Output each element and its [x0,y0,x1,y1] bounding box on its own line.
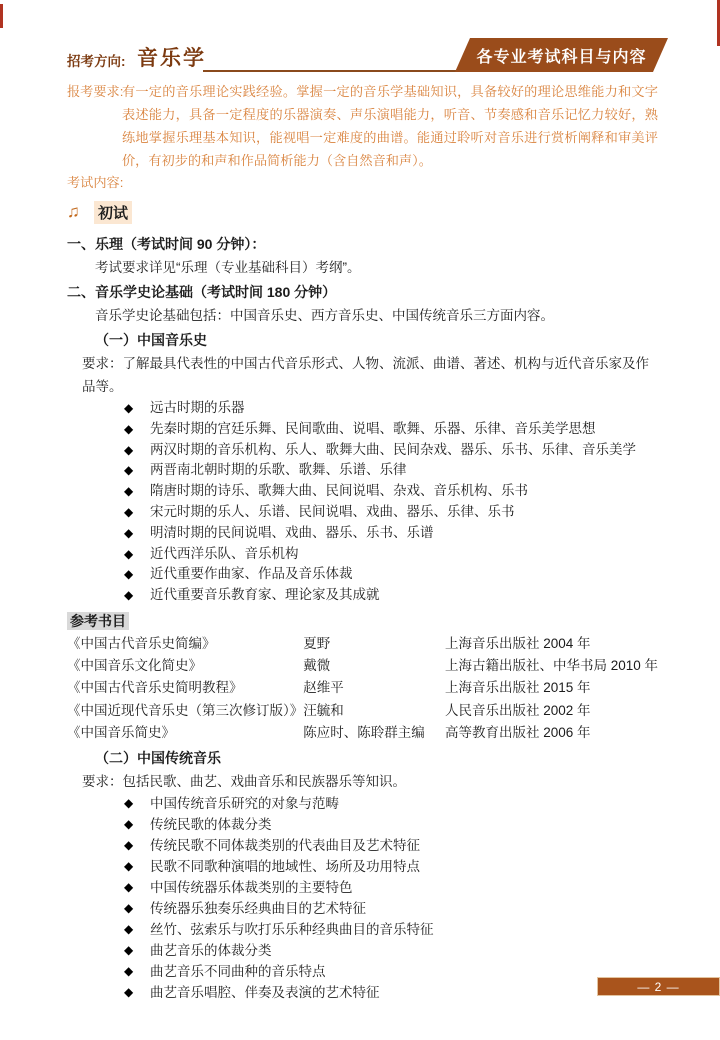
list-item-text: 民歌不同歌种演唱的地域性、场所及功用特点 [150,859,420,874]
list-item: ◆近代重要音乐教育家、理论家及其成就 [67,585,658,606]
subsection1-requirement: 要求：了解最具代表性的中国古代音乐形式、人物、流派、曲谱、著述、机构与近代音乐家… [82,352,658,398]
list-item: ◆中国传统器乐体裁类别的主要特色 [67,877,658,898]
table-row: 《中国音乐简史》 陈应时、陈聆群主编 高等教育出版社 2006 年 [67,722,658,744]
diamond-bullet-icon: ◆ [124,398,133,419]
diamond-bullet-icon: ◆ [124,919,133,940]
list-item-text: 中国传统音乐研究的对象与范畴 [150,796,339,811]
diamond-bullet-icon: ◆ [124,835,133,856]
header-rule [203,70,459,72]
traditional-music-list: ◆中国传统音乐研究的对象与范畴 ◆传统民歌的体裁分类 ◆传统民歌不同体裁类别的代… [67,793,658,1003]
list-item-text: 近代重要作曲家、作品及音乐体裁 [150,566,353,581]
book-title: 《中国古代音乐史简编》 [67,633,303,655]
list-item-text: 传统器乐独奏乐经典曲目的艺术特征 [150,901,366,916]
diamond-bullet-icon: ◆ [124,585,133,606]
requirements-label: 报考要求: [67,80,123,103]
document-body: 报考要求: 有一定的音乐理论实践经验。掌握一定的音乐学基础知识，具备较好的理论思… [67,76,658,1003]
list-item: ◆传统器乐独奏乐经典曲目的艺术特征 [67,898,658,919]
list-item: ◆中国传统音乐研究的对象与范畴 [67,793,658,814]
references-title-text: 参考书目 [67,612,129,630]
book-publisher: 人民音乐出版社 2002 年 [445,700,658,722]
section1-heading: 一、乐理（考试时间 90 分钟）： [67,232,658,256]
references-title: 参考书目 [67,610,658,633]
list-item-text: 丝竹、弦索乐与吹打乐乐种经典曲目的音乐特征 [150,922,434,937]
book-publisher: 上海音乐出版社 2015 年 [445,677,658,699]
book-publisher: 上海音乐出版社 2004 年 [445,633,658,655]
list-item: ◆先秦时期的宫廷乐舞、民间歌曲、说唱、歌舞、乐器、乐律、音乐美学思想 [67,419,658,440]
list-item-text: 两汉时期的音乐机构、乐人、歌舞大曲、民间杂戏、器乐、乐书、乐律、音乐美学 [150,442,636,457]
section1-body: 考试要求详见“乐理（专业基础科目）考纲”。 [95,256,658,280]
exam-content-label: 考试内容: [67,172,658,194]
diamond-bullet-icon: ◆ [124,419,133,440]
diamond-bullet-icon: ◆ [124,814,133,835]
diamond-bullet-icon: ◆ [124,460,133,481]
page-number-badge: — 2 — [597,977,720,996]
stage-heading: ♫ 初试 [67,200,658,224]
list-item-text: 两晋南北朝时期的乐歌、歌舞、乐谱、乐律 [150,462,407,477]
diamond-bullet-icon: ◆ [124,982,133,1003]
list-item: ◆远古时期的乐器 [67,398,658,419]
list-item: ◆近代重要作曲家、作品及音乐体裁 [67,564,658,585]
list-item-text: 宋元时期的乐人、乐谱、民间说唱、戏曲、器乐、乐律、乐书 [150,504,515,519]
direction-label: 招考方向: [67,50,126,70]
table-row: 《中国近现代音乐史（第三次修订版）》 汪毓和 人民音乐出版社 2002 年 [67,700,658,722]
book-author: 汪毓和 [303,700,445,722]
book-author: 戴微 [303,655,445,677]
list-item-text: 远古时期的乐器 [150,400,245,415]
reference-books-table: 《中国古代音乐史简编》 夏野 上海音乐出版社 2004 年 《中国音乐文化简史》… [67,633,658,744]
list-item: ◆宋元时期的乐人、乐谱、民间说唱、戏曲、器乐、乐律、乐书 [67,502,658,523]
list-item: ◆明清时期的民间说唱、戏曲、器乐、乐书、乐谱 [67,523,658,544]
list-item-text: 曲艺音乐唱腔、伴奏及表演的艺术特征 [150,985,380,1000]
diamond-bullet-icon: ◆ [124,877,133,898]
book-author: 陈应时、陈聆群主编 [303,722,445,744]
list-item-text: 近代重要音乐教育家、理论家及其成就 [150,587,380,602]
banner-title: 各专业考试科目与内容 [476,44,646,67]
list-item: ◆隋唐时期的诗乐、歌舞大曲、民间说唱、杂戏、音乐机构、乐书 [67,481,658,502]
list-item: ◆曲艺音乐唱腔、伴奏及表演的艺术特征 [67,982,658,1003]
list-item-text: 先秦时期的宫廷乐舞、民间歌曲、说唱、歌舞、乐器、乐律、音乐美学思想 [150,421,596,436]
diamond-bullet-icon: ◆ [124,898,133,919]
list-item-text: 明清时期的民间说唱、戏曲、器乐、乐书、乐谱 [150,525,434,540]
section2-heading: 二、音乐学史论基础（考试时间 180 分钟） [67,280,658,304]
list-item-text: 曲艺音乐不同曲种的音乐特点 [150,964,326,979]
diamond-bullet-icon: ◆ [124,793,133,814]
subsection2-heading: （二）中国传统音乐 [95,746,658,770]
list-item: ◆丝竹、弦索乐与吹打乐乐种经典曲目的音乐特征 [67,919,658,940]
book-publisher: 高等教育出版社 2006 年 [445,722,658,744]
list-item-text: 近代西洋乐队、音乐机构 [150,546,299,561]
book-author: 赵维平 [303,677,445,699]
book-publisher: 上海古籍出版社、中华书局 2010 年 [445,655,658,677]
diamond-bullet-icon: ◆ [124,564,133,585]
section-banner: 各专业考试科目与内容 [455,38,668,72]
diamond-bullet-icon: ◆ [124,523,133,544]
list-item: ◆民歌不同歌种演唱的地域性、场所及功用特点 [67,856,658,877]
table-row: 《中国音乐文化简史》 戴微 上海古籍出版社、中华书局 2010 年 [67,655,658,677]
list-item-text: 传统民歌不同体裁类别的代表曲目及艺术特征 [150,838,420,853]
list-item: ◆传统民歌不同体裁类别的代表曲目及艺术特征 [67,835,658,856]
list-item: ◆曲艺音乐不同曲种的音乐特点 [67,961,658,982]
list-item-text: 中国传统器乐体裁类别的主要特色 [150,880,353,895]
subsection1-heading: （一）中国音乐史 [95,328,658,352]
list-item: ◆两晋南北朝时期的乐歌、歌舞、乐谱、乐律 [67,460,658,481]
book-title: 《中国音乐简史》 [67,722,303,744]
diamond-bullet-icon: ◆ [124,940,133,961]
subsection2-requirement: 要求：包括民歌、曲艺、戏曲音乐和民族器乐等知识。 [82,770,658,793]
section2-body: 音乐学史论基础包括：中国音乐史、西方音乐史、中国传统音乐三方面内容。 [95,304,658,328]
stage-title: 初试 [94,201,132,224]
book-author: 夏野 [303,633,445,655]
diamond-bullet-icon: ◆ [124,544,133,565]
application-requirements: 报考要求: 有一定的音乐理论实践经验。掌握一定的音乐学基础知识，具备较好的理论思… [67,80,658,172]
list-item: ◆传统民歌的体裁分类 [67,814,658,835]
list-item-text: 曲艺音乐的体裁分类 [150,943,272,958]
diamond-bullet-icon: ◆ [124,502,133,523]
diamond-bullet-icon: ◆ [124,440,133,461]
chinese-music-history-list: ◆远古时期的乐器 ◆先秦时期的宫廷乐舞、民间歌曲、说唱、歌舞、乐器、乐律、音乐美… [67,398,658,606]
diamond-bullet-icon: ◆ [124,856,133,877]
page-edge-mark-top-left [0,4,3,28]
diamond-bullet-icon: ◆ [124,961,133,982]
table-row: 《中国古代音乐史简明教程》 赵维平 上海音乐出版社 2015 年 [67,677,658,699]
book-title: 《中国近现代音乐史（第三次修订版）》 [67,700,303,722]
list-item: ◆近代西洋乐队、音乐机构 [67,544,658,565]
requirements-text: 有一定的音乐理论实践经验。掌握一定的音乐学基础知识，具备较好的理论思维能力和文字… [122,84,658,168]
table-row: 《中国古代音乐史简编》 夏野 上海音乐出版社 2004 年 [67,633,658,655]
book-title: 《中国音乐文化简史》 [67,655,303,677]
list-item-text: 隋唐时期的诗乐、歌舞大曲、民间说唱、杂戏、音乐机构、乐书 [150,483,528,498]
page-number: — 2 — [637,980,679,994]
diamond-bullet-icon: ◆ [124,481,133,502]
direction-value: 音乐学 [137,42,206,72]
book-title: 《中国古代音乐史简明教程》 [67,677,303,699]
list-item: ◆两汉时期的音乐机构、乐人、歌舞大曲、民间杂戏、器乐、乐书、乐律、音乐美学 [67,440,658,461]
music-note-icon: ♫ [67,202,94,222]
list-item-text: 传统民歌的体裁分类 [150,817,272,832]
list-item: ◆曲艺音乐的体裁分类 [67,940,658,961]
